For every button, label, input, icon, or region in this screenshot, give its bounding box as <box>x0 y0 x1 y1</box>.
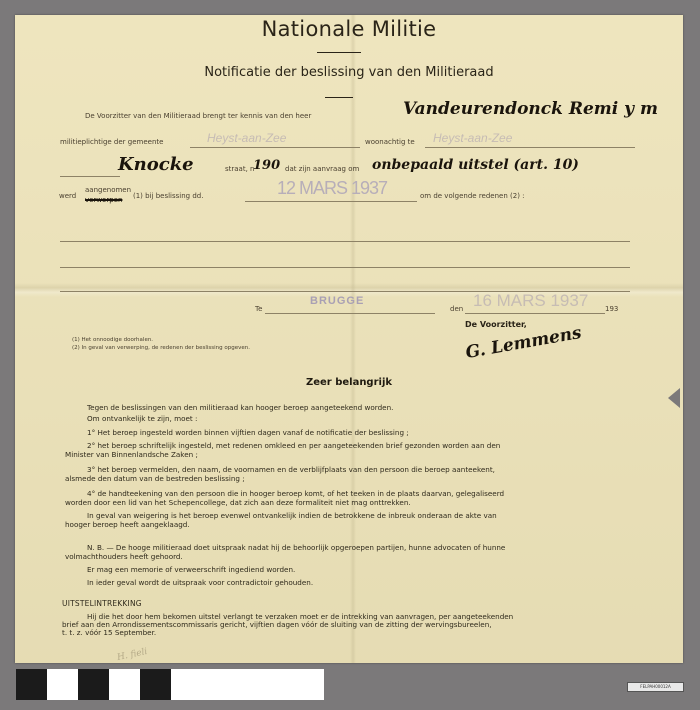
calibration-black-2 <box>78 669 109 700</box>
important-p1: Tegen de beslissingen van den militieraa… <box>65 403 665 413</box>
aanvraag-handwritten: onbepaald uitstel (art. 10) <box>372 157 579 173</box>
reason-line-1 <box>60 241 630 242</box>
important-p5: In ieder geval wordt de uitspraak voor c… <box>65 578 665 588</box>
beslissing-date-line <box>245 201 417 202</box>
important-item-2b: Minister van Binnenlandsche Zaken ; <box>65 451 665 459</box>
important-item-3b: alsmede den datum van de bestreden besli… <box>65 475 665 483</box>
important-p3b: hooger beroep heeft aangeklaagd. <box>65 521 665 529</box>
straat-label: straat, n <box>225 165 254 173</box>
number-handwritten: 190 <box>253 158 280 173</box>
name-handwritten: Vandeurendonck Remi y m <box>403 99 658 119</box>
calibration-black-3 <box>140 669 171 700</box>
important-item-1: 1° Het beroep ingesteld worden binnen vi… <box>65 428 665 438</box>
street-handwritten: Knocke <box>118 154 194 175</box>
document-title: Nationale Militie <box>15 17 683 41</box>
calibration-white-wide <box>171 669 324 700</box>
document-page: Nationale Militie Notificatie der beslis… <box>15 15 683 663</box>
withdrawal-line-3: t. t. z. vóór 15 September. <box>62 629 662 637</box>
woonachtig-stamp: Heyst-aan-Zee <box>433 131 512 145</box>
important-nb-b: volmachthouders heeft gehoord. <box>65 553 665 561</box>
initials-pencil: H. fieli <box>116 647 148 663</box>
intro-label: De Voorzitter van den Militieraad brengt… <box>85 112 311 120</box>
calibration-white-1 <box>47 669 78 700</box>
woonachtig-line <box>425 147 635 148</box>
withdrawal-heading: UITSTELINTREKKING <box>62 599 662 609</box>
te-label: Te <box>255 305 262 313</box>
important-heading: Zeer belangrijk <box>15 377 683 388</box>
place-line <box>265 313 435 314</box>
calibration-black-1 <box>16 669 47 700</box>
paper-tear-notch <box>668 388 680 408</box>
den-label: den <box>450 305 463 313</box>
gemeente-stamp: Heyst-aan-Zee <box>207 131 286 145</box>
footnote-2: (2) In geval van verwerping, de redenen … <box>72 345 250 351</box>
calibration-white-2 <box>109 669 140 700</box>
subtitle-divider <box>325 97 353 98</box>
withdrawal-section: UITSTELINTREKKING Hij die het door hem b… <box>62 599 662 637</box>
year-label: 193 <box>605 305 618 313</box>
important-p4: Er mag een memorie of verweerschrift ing… <box>65 565 665 575</box>
archive-label-tag: FELPAH00012A <box>627 682 684 692</box>
important-p2: Om ontvankelijk te zijn, moet : <box>65 414 665 424</box>
important-item-4b: worden door een lid van het Schepencolle… <box>65 499 665 507</box>
place-stamp: BRUGGE <box>310 295 364 307</box>
den-date-line <box>465 313 605 314</box>
beslissing-label: (1) bij beslissing dd. <box>133 192 203 200</box>
voorzitter-label: De Voorzitter, <box>465 320 527 329</box>
title-divider <box>317 52 361 53</box>
den-date-stamp: 16 MARS 1937 <box>473 291 588 311</box>
beslissing-date-stamp: 12 MARS 1937 <box>277 178 387 199</box>
option-aangenomen: aangenomen <box>85 186 131 194</box>
street-line <box>60 176 120 177</box>
document-subtitle: Notificatie der beslissing van den Milit… <box>15 65 683 80</box>
aanvraag-label: dat zijn aanvraag om <box>285 165 359 173</box>
redenen-label: om de volgende redenen (2) : <box>420 192 525 200</box>
footnote-1: (1) Het onnoodige doorhalen. <box>72 337 153 343</box>
woonachtig-label: woonachtig te <box>365 138 415 146</box>
option-verworpen-struck: verworpen <box>85 196 122 204</box>
gemeente-line <box>190 147 360 148</box>
werd-label: werd <box>59 192 76 200</box>
reason-line-2 <box>60 267 630 268</box>
important-section: Tegen de beslissingen van den militieraa… <box>65 403 665 588</box>
militie-label: militieplichtige der gemeente <box>60 138 163 146</box>
